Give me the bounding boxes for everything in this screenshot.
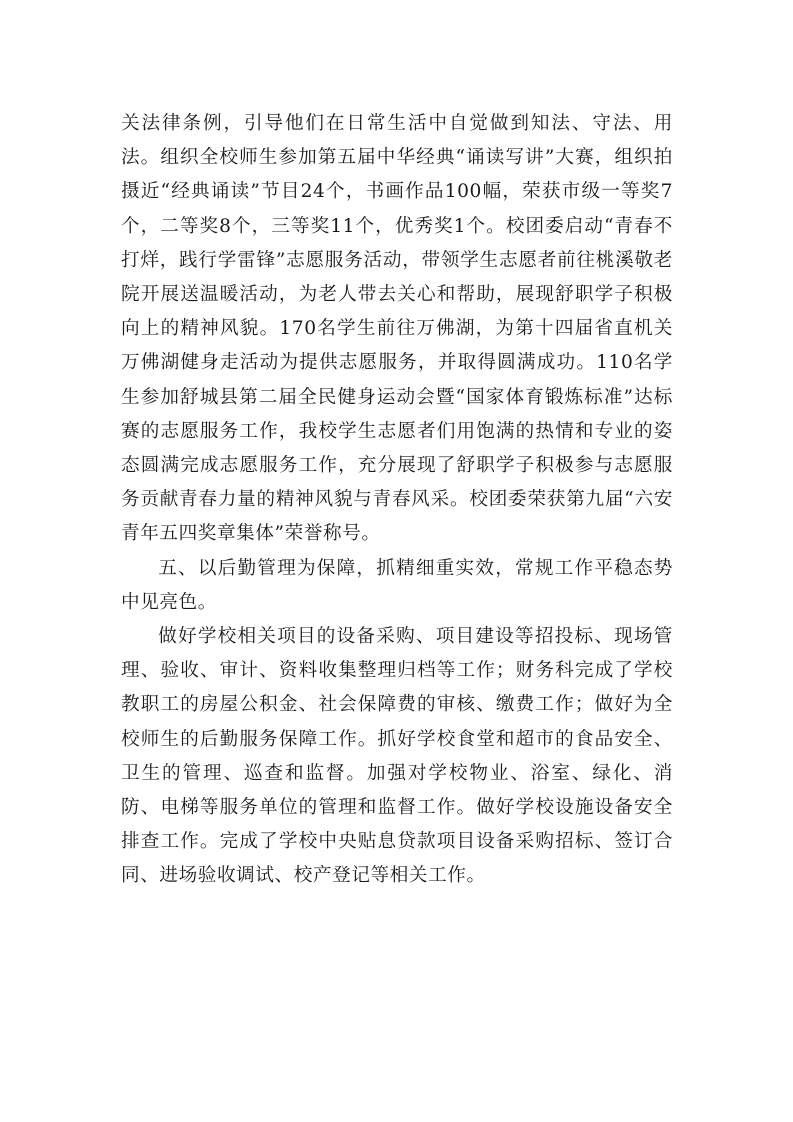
section-heading-logistics: 五、以后勤管理为保障，抓精细重实效，常规工作平稳态势中见亮色。 xyxy=(121,552,673,620)
paragraph-volunteer-activities: 关法律条例，引导他们在日常生活中自觉做到知法、守法、用法。组织全校师生参加第五届… xyxy=(121,107,673,552)
paragraph-logistics-work: 做好学校相关项目的设备采购、项目建设等招投标、现场管理、验收、审计、资料收集整理… xyxy=(121,620,673,894)
document-page: 关法律条例，引导他们在日常生活中自觉做到知法、守法、用法。组织全校师生参加第五届… xyxy=(0,0,793,1122)
document-body: 关法律条例，引导他们在日常生活中自觉做到知法、守法、用法。组织全校师生参加第五届… xyxy=(121,107,673,894)
